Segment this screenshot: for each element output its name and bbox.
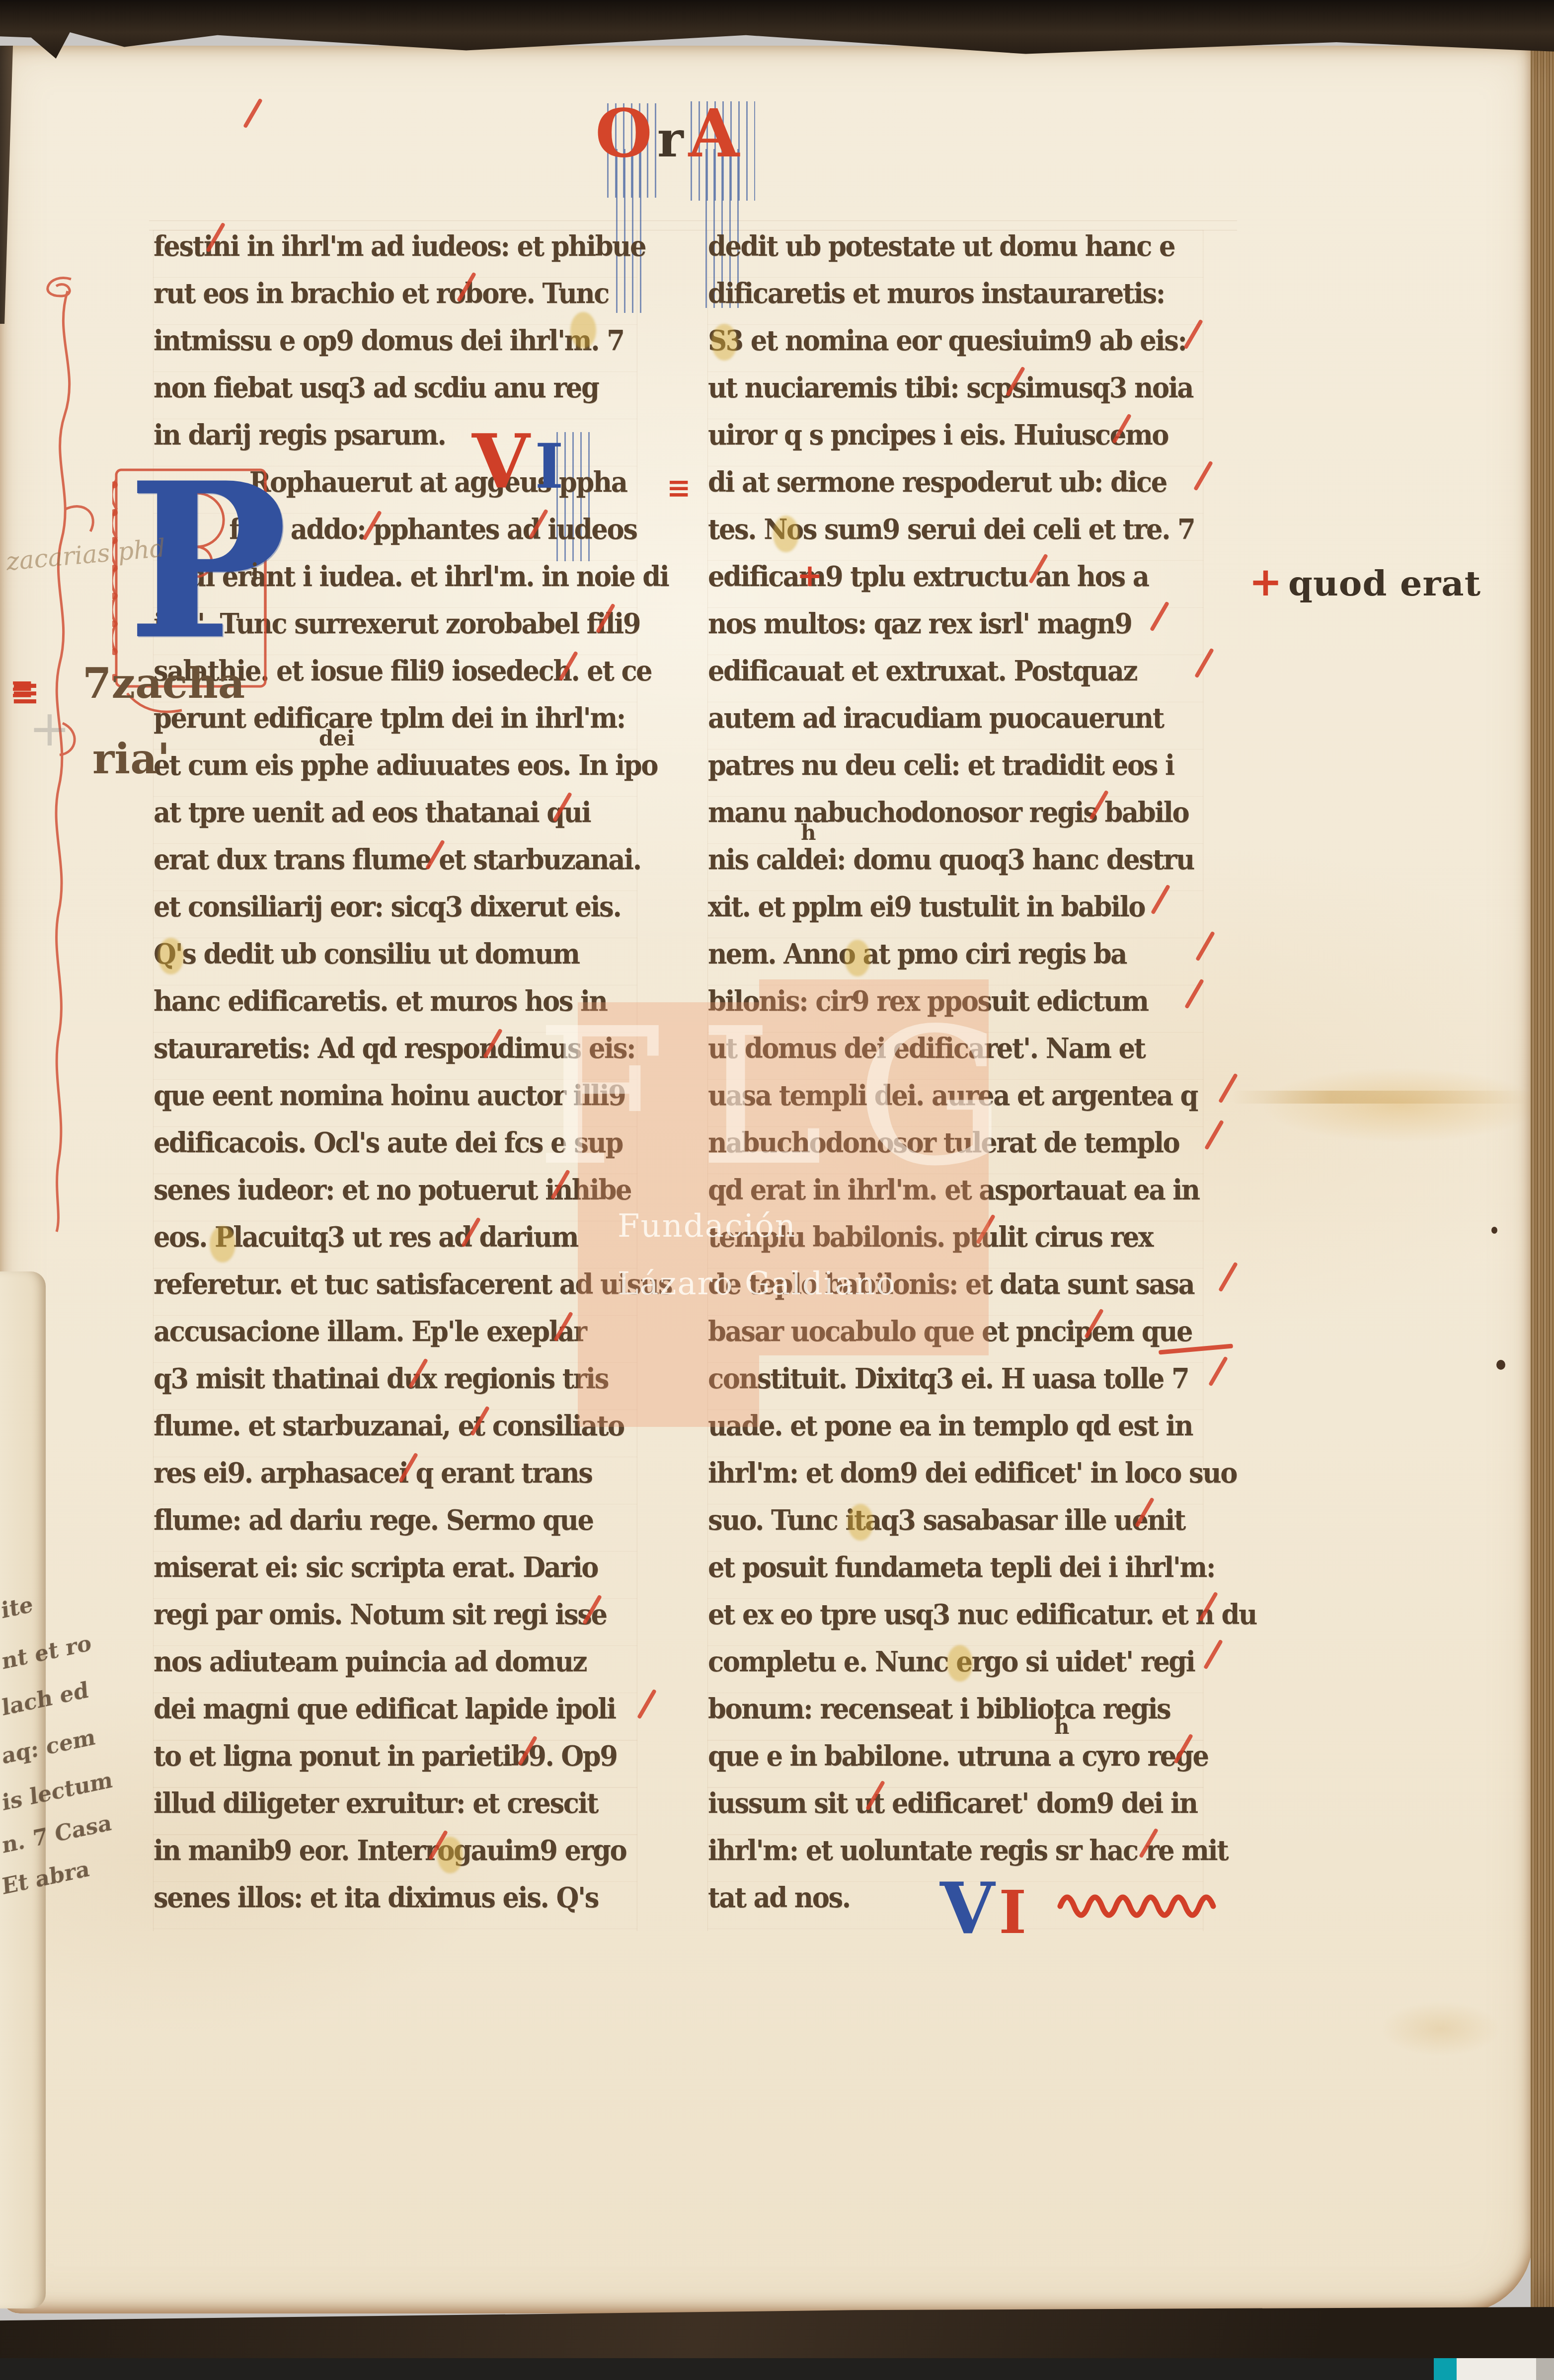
text-line: de teplo babilonis: et data sunt sasa [708, 1268, 1203, 1315]
wormhole [1496, 1360, 1505, 1370]
text-line: constituit. Dixitq3 ei. H uasa tolle 7 [708, 1362, 1203, 1410]
text-line: uasa templi dei. aurea et argentea q [708, 1079, 1203, 1126]
text-line: xit. et pplm ei9 tustulit in babilo [708, 891, 1203, 938]
text-line: suo. Tunc itaq3 sasabasar ille uenit [708, 1504, 1203, 1551]
table-surface [1536, 2358, 1554, 2380]
text-line: intmissu e op9 domus dei ihrl'm. 7 [154, 324, 637, 372]
text-line: et posuit fundameta tepli dei i ihrl'm: [708, 1551, 1203, 1598]
text-line: rut eos in brachio et robore. Tunc [154, 277, 637, 324]
text-line: bonum: recenseat i bibliotca regis [708, 1693, 1203, 1740]
text-line: at tpre uenit ad eos thatanai qui [154, 796, 637, 843]
numeral-v: V [940, 1867, 995, 1950]
text-line: eos. Placuitq3 ut res ad darium [154, 1221, 637, 1268]
line-filler-squiggle [1057, 1886, 1231, 1918]
numeral-v: V [472, 418, 530, 506]
margin-note-quod-erat: + quod erat [1249, 562, 1481, 605]
text-line: qd erat in ihrl'm. et asportauat ea in [708, 1174, 1203, 1221]
margin-gloss-zacharia: 7zacha [82, 659, 245, 708]
text-line: Q's dedit ub consiliu ut domum [154, 938, 637, 985]
numeral-i: I [535, 431, 563, 503]
text-line: ut domus dei edificaret'. Nam et [708, 1032, 1203, 1079]
text-line: in manib9 eor. Interrogauim9 ergo [154, 1834, 637, 1881]
text-line: edificacois. Ocl's aute dei fcs e sup [154, 1126, 637, 1174]
book-bottom-edge [0, 2358, 1554, 2380]
text-line: flume: ad dariu rege. Sermo que [154, 1504, 637, 1551]
text-line: que e in babilone. utruna a cyro rege [708, 1740, 1203, 1787]
text-line: uade. et pone ea in templo qd est in [708, 1410, 1203, 1457]
text-line: et cum eis pphe adiuuates eos. In ipo [154, 749, 637, 796]
text-line: nem. Anno at pmo ciri regis ba [708, 938, 1203, 985]
paragraph-mark: ≡ [10, 671, 40, 713]
text-line: illud diligeter exruitur: et crescit [154, 1787, 637, 1834]
text-line: regi par omis. Notum sit regi isse [154, 1598, 637, 1645]
text-line: dedit ub potestate ut domu hanc e [708, 230, 1203, 277]
binding-leather-bottom [0, 2307, 1554, 2359]
text-line: uiror q s pncipes i eis. Huiuscemo [708, 419, 1203, 466]
text-line: di at sermone respoderut ub: dice [708, 466, 1203, 513]
text-line: iussum sit ut edificaret' dom9 dei in [708, 1787, 1203, 1834]
text-line: non fiebat usq3 ad scdiu anu reg [154, 372, 637, 419]
page-fore-edge [1531, 48, 1554, 2313]
text-line: autem ad iracudiam puocauerunt [708, 702, 1203, 749]
wormhole [1491, 1227, 1497, 1234]
chapter-numeral: VI [472, 418, 563, 506]
running-title: OrA [595, 95, 739, 172]
text-line: bilonis: cir9 rex pposuit edictum [708, 985, 1203, 1032]
text-line: templu babilonis. ptulit cirus rex [708, 1221, 1203, 1268]
numeral-i: I [999, 1877, 1026, 1947]
text-line: edificam9 tplu extructu an hos a [708, 560, 1203, 607]
text-column-right: dedit ub potestate ut domu hanc edificar… [707, 230, 1203, 1931]
text-line: senes illos: et ita diximus eis. Q's [154, 1881, 637, 1929]
text-line: et ex eo tpre usq3 nuc edificatur. et n … [708, 1598, 1203, 1645]
text-line: edificauat et extruxat. Postquaz [708, 655, 1203, 702]
text-line: nos multos: qaz rex isrl' magn9 [708, 607, 1203, 655]
running-title-letter: O [595, 95, 652, 172]
text-line: senes iudeor: et no potuerut inhibe [154, 1174, 637, 1221]
shadow-area [0, 2358, 1434, 2380]
manuscript-photo: itent et rolach edaq: cemis lectumn. 7 C… [0, 0, 1554, 2380]
text-line: dificaretis et muros instauraretis: [708, 277, 1203, 324]
text-line: festini in ihrl'm ad iudeos: et phibue [154, 230, 637, 277]
text-line: S3 et nomina eor quesiuim9 ab eis: [708, 324, 1203, 372]
text-line: erat dux trans flume et starbuzanai. [154, 843, 637, 891]
text-line: tes. Nos sum9 serui dei celi et tre. 7 [708, 513, 1203, 560]
text-line: que eent nomina hoinu auctor illi9 [154, 1079, 637, 1126]
chapter-numeral-end: VI [940, 1867, 1026, 1950]
table-surface [1457, 2358, 1536, 2380]
text-line: et consiliarij eor: sicq3 dixerut eis. [154, 891, 637, 938]
margin-gloss-zacharia: ria' [92, 734, 170, 783]
text-line: nos adiuteam puincia ad domuz [154, 1645, 637, 1693]
running-title-letter: r [657, 110, 684, 168]
text-line: manu nabuchodonosor regis babilo [708, 796, 1203, 843]
running-title-letter: A [689, 95, 739, 172]
text-line: referetur. et tuc satisfacerent ad uisus [154, 1268, 637, 1315]
text-line: res ei9. arphasacei q erant trans [154, 1457, 637, 1504]
text-line: to et ligna ponut in parietib9. Op9 [154, 1740, 637, 1787]
text-line: patres nu deu celi: et tradidit eos i [708, 749, 1203, 796]
text-line: nis caldei: domu quoq3 hanc destru [708, 843, 1203, 891]
text-line: accusacione illam. Ep'le exeplar [154, 1315, 637, 1362]
text-line: ut nuciaremis tibi: scpsimusq3 noia [708, 372, 1203, 419]
margin-note-text: quod erat [1288, 562, 1481, 605]
text-line: nabuchodonosor tulerat de templo [708, 1126, 1203, 1174]
text-line: q3 misit thatinai dux regionis tris [154, 1362, 637, 1410]
text-line: stauraretis: Ad qd respondimus eis: [154, 1032, 637, 1079]
text-line: miserat ei: sic scripta erat. Dario [154, 1551, 637, 1598]
previous-page-edge [0, 1271, 46, 2308]
text-line: flume. et starbuzanai, et consiliato [154, 1410, 637, 1457]
text-line: completu e. Nunc ergo si uidet' regi [708, 1645, 1203, 1693]
text-line: ihrl'm: et dom9 dei edificet' in loco su… [708, 1457, 1203, 1504]
ruling-lines [149, 221, 1237, 230]
text-line: basar uocabulo que et pncipem que [708, 1315, 1203, 1362]
bookmark-ribbon [1434, 2358, 1457, 2380]
text-line: dei magni que edificat lapide ipoli [154, 1693, 637, 1740]
text-line: hanc edificaretis. et muros hos in [154, 985, 637, 1032]
rubric-cross-icon: + [1249, 562, 1282, 602]
